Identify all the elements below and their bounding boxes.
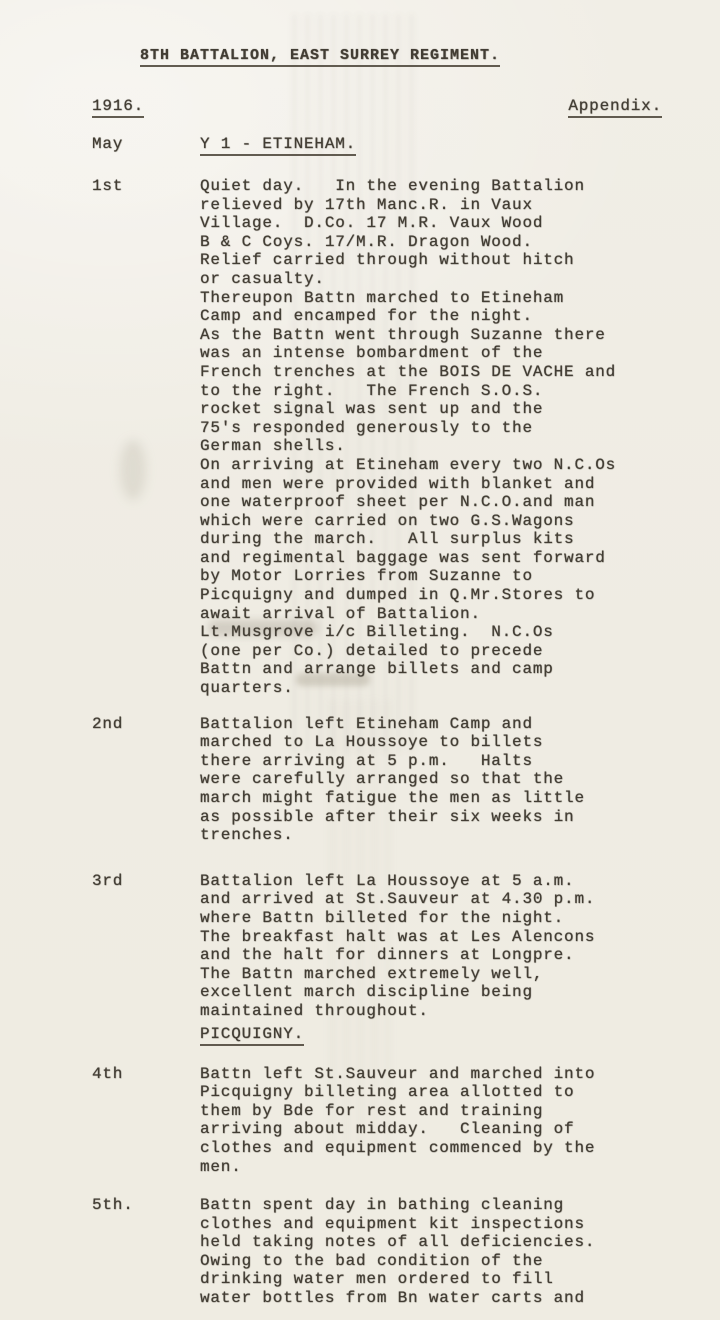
scanned-diary-page: 8TH BATTALION, EAST SURREY REGIMENT. 191… bbox=[0, 0, 720, 1320]
diary-line: Owing to the bad condition of the bbox=[200, 1252, 595, 1271]
entry-text: Quiet day. In the evening Battalionrelie… bbox=[200, 177, 616, 698]
diary-line: to the right. The French S.O.S. bbox=[200, 382, 616, 401]
diary-line: water bottles from Bn water carts and bbox=[200, 1289, 595, 1308]
diary-line: await arrival of Battalion. bbox=[200, 605, 616, 624]
month-row: May Y 1 - ETINEHAM. bbox=[92, 135, 662, 156]
diary-line: one waterproof sheet per N.C.O.and man bbox=[200, 493, 616, 512]
diary-line: marched to La Houssoye to billets bbox=[200, 733, 585, 752]
diary-entry: 3rdBattalion left La Houssoye at 5 a.m.a… bbox=[92, 872, 662, 1021]
entry-day-label: 2nd bbox=[92, 715, 200, 845]
month-label: May bbox=[92, 135, 200, 156]
diary-line: Village. D.Co. 17 M.R. Vaux Wood bbox=[200, 214, 616, 233]
entry-day-label: 4th bbox=[92, 1065, 200, 1177]
appendix-label: Appendix. bbox=[568, 97, 662, 118]
diary-entry: 4thBattn left St.Sauveur and marched int… bbox=[92, 1065, 662, 1177]
diary-line: and men were provided with blanket and bbox=[200, 475, 616, 494]
entry-day-label: 3rd bbox=[92, 872, 200, 1021]
entry-day-label: 1st bbox=[92, 177, 200, 698]
diary-line: The Battn marched extremely well, bbox=[200, 965, 595, 984]
diary-line: were carefully arranged so that the bbox=[200, 770, 585, 789]
diary-line: arriving about midday. Cleaning of bbox=[200, 1120, 595, 1139]
diary-entry: 2ndBattalion left Etineham Camp andmarch… bbox=[92, 715, 662, 845]
year-label: 1916. bbox=[92, 97, 144, 118]
diary-line: (one per Co.) detailed to precede bbox=[200, 642, 616, 661]
diary-entries: 1stQuiet day. In the evening Battalionre… bbox=[92, 177, 662, 1308]
diary-line: Battalion left Etineham Camp and bbox=[200, 715, 585, 734]
diary-line: and regimental baggage was sent forward bbox=[200, 549, 616, 568]
diary-line: was an intense bombardment of the bbox=[200, 344, 616, 363]
diary-line: Battn spent day in bathing cleaning bbox=[200, 1196, 595, 1215]
diary-line: B & C Coys. 17/M.R. Dragon Wood. bbox=[200, 233, 616, 252]
section-heading-etineham: Y 1 - ETINEHAM. bbox=[200, 135, 356, 156]
diary-line: Camp and encamped for the night. bbox=[200, 307, 616, 326]
entry-text: Battalion left La Houssoye at 5 a.m.and … bbox=[200, 872, 595, 1021]
page-content: 8TH BATTALION, EAST SURREY REGIMENT. 191… bbox=[0, 0, 720, 1308]
diary-line: them by Bde for rest and training bbox=[200, 1102, 595, 1121]
diary-line: Quiet day. In the evening Battalion bbox=[200, 177, 616, 196]
diary-entry: 1stQuiet day. In the evening Battalionre… bbox=[92, 177, 662, 698]
diary-line: Picquigny and dumped in Q.Mr.Stores to bbox=[200, 586, 616, 605]
diary-line: German shells. bbox=[200, 437, 616, 456]
diary-line: rocket signal was sent up and the bbox=[200, 400, 616, 419]
entry-text: Battn spent day in bathing cleaningcloth… bbox=[200, 1196, 595, 1308]
section-heading-row: PICQUIGNY. bbox=[92, 1025, 662, 1046]
diary-line: Battn and arrange billets and camp bbox=[200, 660, 616, 679]
diary-line: and the halt for dinners at Longpre. bbox=[200, 946, 595, 965]
diary-line: excellent march discipline being bbox=[200, 983, 595, 1002]
diary-line: As the Battn went through Suzanne there bbox=[200, 326, 616, 345]
diary-line: march might fatigue the men as little bbox=[200, 789, 585, 808]
diary-entry: 5th.Battn spent day in bathing cleaningc… bbox=[92, 1196, 662, 1308]
diary-line: On arriving at Etineham every two N.C.Os bbox=[200, 456, 616, 475]
entry-text: Battalion left Etineham Camp andmarched … bbox=[200, 715, 585, 845]
diary-line: trenches. bbox=[200, 826, 585, 845]
title-row: 8TH BATTALION, EAST SURREY REGIMENT. bbox=[140, 46, 662, 67]
diary-line: as possible after their six weeks in bbox=[200, 808, 585, 827]
diary-line: 75's responded generously to the bbox=[200, 419, 616, 438]
year-row: 1916. Appendix. bbox=[92, 97, 662, 118]
diary-line: and arrived at St.Sauveur at 4.30 p.m. bbox=[200, 890, 595, 909]
diary-line: relieved by 17th Manc.R. in Vaux bbox=[200, 196, 616, 215]
diary-line: Lt.Musgrove i/c Billeting. N.C.Os bbox=[200, 623, 616, 642]
section-heading-picquigny: PICQUIGNY. bbox=[200, 1025, 304, 1046]
diary-line: The breakfast halt was at Les Alencons bbox=[200, 928, 595, 947]
diary-line: maintained throughout. bbox=[200, 1002, 595, 1021]
diary-line: which were carried on two G.S.Wagons bbox=[200, 512, 616, 531]
diary-line: Picquigny billeting area allotted to bbox=[200, 1083, 595, 1102]
diary-line: Battn left St.Sauveur and marched into bbox=[200, 1065, 595, 1084]
entry-day-label bbox=[92, 1025, 200, 1046]
diary-line: Relief carried through without hitch bbox=[200, 251, 616, 270]
diary-line: quarters. bbox=[200, 679, 616, 698]
document-title: 8TH BATTALION, EAST SURREY REGIMENT. bbox=[140, 47, 500, 67]
diary-line: men. bbox=[200, 1158, 595, 1177]
diary-line: French trenches at the BOIS DE VACHE and bbox=[200, 363, 616, 382]
diary-line: or casualty. bbox=[200, 270, 616, 289]
diary-line: during the march. All surplus kits bbox=[200, 530, 616, 549]
diary-line: by Motor Lorries from Suzanne to bbox=[200, 567, 616, 586]
diary-line: held taking notes of all deficiencies. bbox=[200, 1233, 595, 1252]
entry-day-label: 5th. bbox=[92, 1196, 200, 1308]
diary-line: there arriving at 5 p.m. Halts bbox=[200, 752, 585, 771]
diary-line: clothes and equipment kit inspections bbox=[200, 1215, 595, 1234]
entry-text: Battn left St.Sauveur and marched intoPi… bbox=[200, 1065, 595, 1177]
diary-line: Battalion left La Houssoye at 5 a.m. bbox=[200, 872, 595, 891]
diary-line: drinking water men ordered to fill bbox=[200, 1270, 595, 1289]
diary-line: clothes and equipment commenced by the bbox=[200, 1139, 595, 1158]
diary-line: Thereupon Battn marched to Etineham bbox=[200, 289, 616, 308]
diary-line: where Battn billeted for the night. bbox=[200, 909, 595, 928]
